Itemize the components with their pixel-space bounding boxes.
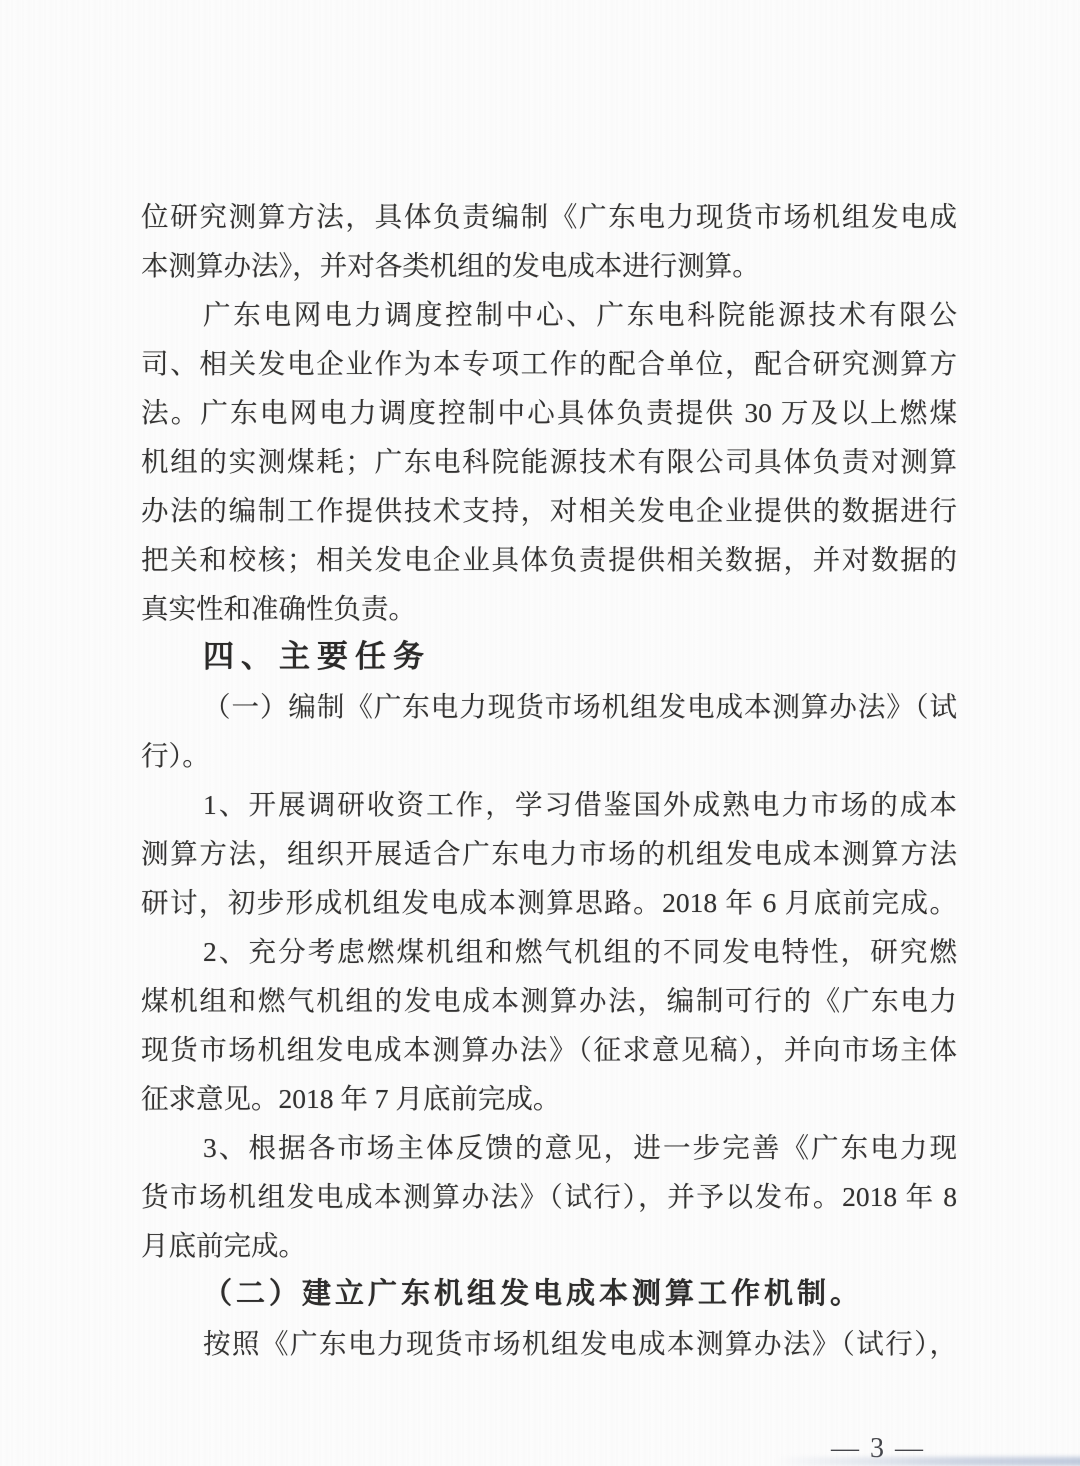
text-line: 征求意见。2018 年 7 月底前完成。 [141, 1074, 957, 1123]
text-line: 1、开展调研收资工作，学习借鉴国外成熟电力市场的成本 [141, 780, 957, 829]
text-line: 行）。 [141, 731, 957, 780]
text-line: 测算方法，组织开展适合广东电力市场的机组发电成本测算方法 [141, 829, 957, 878]
text-line: 法。广东电网电力调度控制中心具体负责提供 30 万及以上燃煤 [141, 388, 957, 437]
text-line: 机组的实测煤耗；广东电科院能源技术有限公司具体负责对测算 [141, 437, 957, 486]
text-line: 3、根据各市场主体反馈的意见，进一步完善《广东电力现 [141, 1123, 957, 1172]
text-line: 2、充分考虑燃煤机组和燃气机组的不同发电特性，研究燃 [141, 927, 957, 976]
document-body: 位研究测算方法，具体负责编制《广东电力现货市场机组发电成 本测算办法》，并对各类… [141, 192, 957, 1368]
text-line: 研讨，初步形成机组发电成本测算思路。2018 年 6 月底前完成。 [141, 878, 957, 927]
text-line: 月底前完成。 [141, 1221, 957, 1270]
text-line: 司、相关发电企业作为本专项工作的配合单位，配合研究测算方 [141, 339, 957, 388]
scan-smudge-artifact [774, 1457, 1080, 1466]
section-heading: 四、主要任务 [141, 633, 957, 682]
text-line: 本测算办法》，并对各类机组的发电成本进行测算。 [141, 241, 957, 290]
text-line: 办法的编制工作提供技术支持，对相关发电企业提供的数据进行 [141, 486, 957, 535]
text-line: 位研究测算方法，具体负责编制《广东电力现货市场机组发电成 [141, 192, 957, 241]
text-line: 煤机组和燃气机组的发电成本测算办法，编制可行的《广东电力 [141, 976, 957, 1025]
text-line: 货市场机组发电成本测算办法》（试行），并予以发布。2018 年 8 [141, 1172, 957, 1221]
subsection-heading: （二）建立广东机组发电成本测算工作机制。 [141, 1270, 957, 1319]
text-line: 按照《广东电力现货市场机组发电成本测算办法》（试行）， [141, 1319, 957, 1368]
text-line: （一）编制《广东电力现货市场机组发电成本测算办法》（试 [141, 682, 957, 731]
text-line: 广东电网电力调度控制中心、广东电科院能源技术有限公 [141, 290, 957, 339]
text-line: 把关和校核；相关发电企业具体负责提供相关数据，并对数据的 [141, 535, 957, 584]
text-line: 现货市场机组发电成本测算办法》（征求意见稿），并向市场主体 [141, 1025, 957, 1074]
document-page: 位研究测算方法，具体负责编制《广东电力现货市场机组发电成 本测算办法》，并对各类… [0, 0, 1080, 1466]
text-line: 真实性和准确性负责。 [141, 584, 957, 633]
